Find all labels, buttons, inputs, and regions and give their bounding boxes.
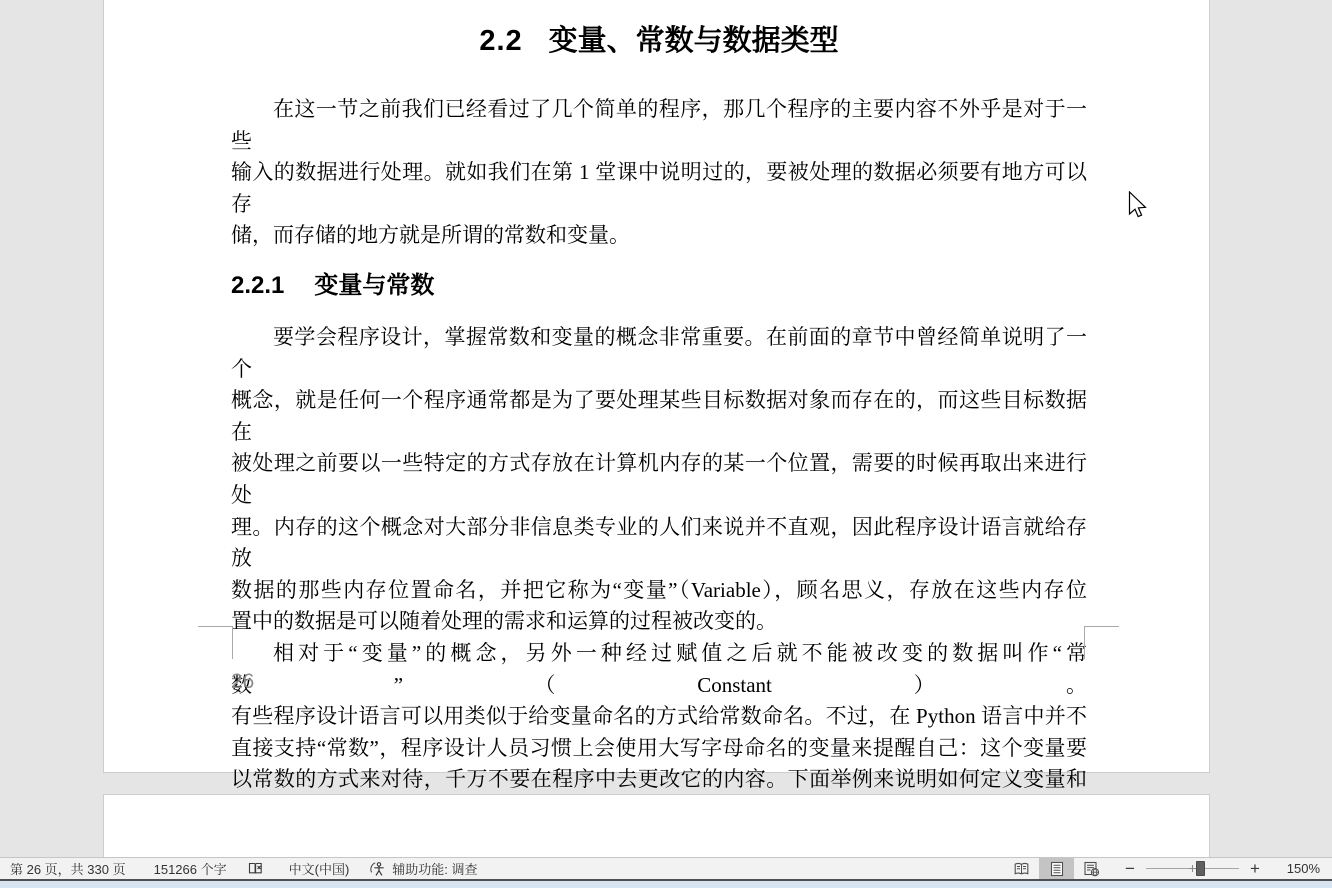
section-title: 变量、常数与数据类型 — [549, 25, 839, 57]
text-line: 有些程序设计语言可以用类似于给变量命名的方式给常数命名。不过，在 Python … — [231, 701, 1087, 733]
page-number-footer: 26 — [231, 670, 254, 694]
page-info-label: 第 26 页，共 330 页 — [10, 859, 126, 878]
accessibility-label: 辅助功能: 调查 — [392, 859, 477, 878]
text-line: 在这一节之前我们已经看过了几个简单的程序，那几个程序的主要内容不外乎是对于一些 — [231, 94, 1087, 157]
status-bar: 第 26 页，共 330 页 151266 个字 中文(中国) — [0, 857, 1332, 879]
taskbar-top-strip — [0, 881, 1332, 888]
zoom-slider-thumb[interactable] — [1196, 861, 1205, 876]
text-boundary-mark-right — [1084, 626, 1119, 659]
text-line: 数据的那些内存位置命名，并把它称为“变量”（Variable），顾名思义，存放在… — [231, 575, 1087, 607]
text-line: 要学会程序设计，掌握常数和变量的概念非常重要。在前面的章节中曾经简单说明了一个 — [231, 322, 1087, 385]
zoom-out-button[interactable]: − — [1119, 858, 1141, 880]
web-layout-button[interactable] — [1074, 858, 1109, 880]
document-globe-icon — [1083, 861, 1100, 877]
book-with-x-icon — [247, 861, 265, 877]
read-mode-button[interactable] — [1004, 858, 1039, 880]
text-line: 相对于“变量”的概念，另外一种经过赋值之后就不能被改变的数据叫作“常数”（Con… — [231, 638, 1087, 701]
zoom-100-tick — [1192, 865, 1193, 872]
word-count-status[interactable]: 151266 个字 — [152, 858, 229, 879]
zoom-slider[interactable] — [1144, 858, 1241, 880]
document-page-2[interactable] — [103, 794, 1210, 858]
language-status[interactable]: 中文(中国) — [287, 858, 352, 879]
section-number: 2.2 — [479, 25, 522, 57]
zoom-level-button[interactable]: 150% — [1274, 861, 1320, 876]
person-icon — [369, 861, 387, 877]
text-line: 被处理之前要以一些特定的方式存放在计算机内存的某一个位置，需要的时候再取出来进行… — [231, 448, 1087, 511]
print-layout-button[interactable] — [1039, 858, 1074, 880]
subsection-heading: 2.2.1变量与常数 — [231, 269, 1087, 303]
document-lines-icon — [1049, 861, 1065, 877]
section-heading: 2.2变量、常数与数据类型 — [231, 0, 1087, 61]
subsection-title: 变量与常数 — [314, 272, 434, 299]
subsection-number: 2.2.1 — [231, 272, 284, 299]
document-page-1[interactable]: 2.2变量、常数与数据类型 在这一节之前我们已经看过了几个简单的程序，那几个程序… — [103, 0, 1210, 773]
text-line: 理。内存的这个概念对大部分非信息类专业的人们来说并不直观，因此程序设计语言就给存… — [231, 512, 1087, 575]
paragraph: 在这一节之前我们已经看过了几个简单的程序，那几个程序的主要内容不外乎是对于一些输… — [231, 94, 1087, 252]
zoom-in-button[interactable]: + — [1244, 858, 1266, 880]
mouse-cursor-icon — [1128, 191, 1148, 221]
text-line: 概念，就是任何一个程序通常都是为了要处理某些目标数据对象而存在的，而这些目标数据… — [231, 385, 1087, 448]
text-line: 输入的数据进行处理。就如我们在第 1 堂课中说明过的，要被处理的数据必须要有地方… — [231, 157, 1087, 220]
page-content: 2.2变量、常数与数据类型 在这一节之前我们已经看过了几个简单的程序，那几个程序… — [231, 0, 1087, 859]
language-label: 中文(中国) — [289, 859, 350, 878]
statusbar-right-group: − + 150% — [1004, 858, 1332, 879]
page-info-status[interactable]: 第 26 页，共 330 页 — [8, 858, 128, 879]
open-book-icon — [1013, 861, 1030, 877]
text-boundary-mark-left — [198, 626, 233, 659]
text-line: 置中的数据是可以随着处理的需求和运算的过程被改变的。 — [231, 606, 1087, 638]
paragraph: 要学会程序设计，掌握常数和变量的概念非常重要。在前面的章节中曾经简单说明了一个概… — [231, 322, 1087, 638]
text-line: 直接支持“常数”，程序设计人员习惯上会使用大写字母命名的变量来提醒自己：这个变量… — [231, 733, 1087, 765]
word-application-window: 2.2变量、常数与数据类型 在这一节之前我们已经看过了几个简单的程序，那几个程序… — [0, 0, 1332, 888]
proofing-status[interactable] — [245, 858, 267, 879]
text-line: 储，而存储的地方就是所谓的常数和变量。 — [231, 220, 1087, 252]
word-count-label: 151266 个字 — [154, 859, 227, 878]
accessibility-status[interactable]: 辅助功能: 调查 — [367, 858, 479, 879]
